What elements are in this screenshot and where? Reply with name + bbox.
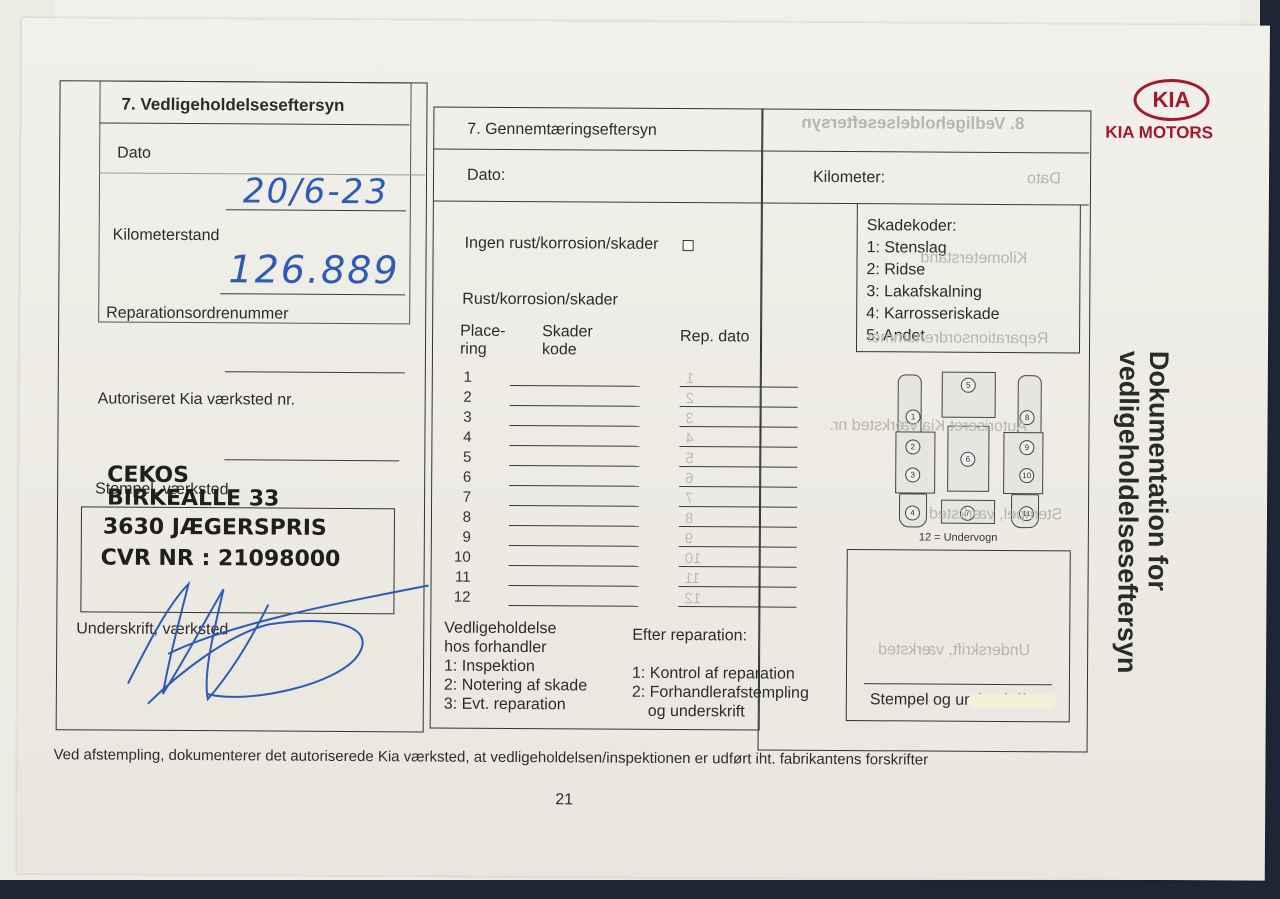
col-repair-date: Rep. dato [680,328,749,346]
stamp-line-city: 3630 JÆGERSPRIS [103,515,341,541]
row-number: 1 [444,369,472,386]
row-number-ghost: 12 [684,590,701,607]
note-title: Vedligeholdelse [444,619,587,639]
side-title-line1: Dokumentation for [1143,351,1174,591]
row-number-ghost: 10 [685,550,702,567]
signature-scribble [108,564,439,716]
row-number: 7 [443,489,471,506]
km-value[interactable]: 126.889 [228,247,399,292]
km-label: Kilometerstand [113,227,220,246]
diagram-part: 10 [1019,468,1034,483]
row-number-ghost: 1 [686,370,694,387]
diagram-caption: 12 = Undervogn [919,531,998,543]
diagram-part: 4 [905,505,920,520]
row-number: 9 [443,529,471,546]
row-number-ghost: 8 [685,510,693,527]
damage-codes-list: Skadekoder: 1: Stenslag 2: Ridse 3: Laka… [866,215,1000,348]
damage-label: Rust/korrosion/skader [462,291,618,310]
repair-order-label: Reparationsordrenummer [106,305,288,324]
row-number: 12 [442,589,470,606]
date-value[interactable]: 20/6-23 [243,171,389,212]
diagram-part: 3 [905,467,920,482]
row-number: 8 [443,509,471,526]
ghost-signature: Underskrift, værksted [878,641,1030,660]
side-title-line2: vedligeholdelseseftersyn [1112,351,1144,674]
note-item: 3: Evt. reparation [444,695,587,715]
row-number: 5 [443,449,471,466]
side-title: Dokumentation for vedligeholdelsesefters… [1111,351,1174,791]
corrosion-date-label: Dato: [467,167,505,185]
col-placement: Place- ring [460,323,506,359]
diagram-part: 9 [1019,440,1034,455]
date-label: Dato [117,145,151,163]
row-number-ghost: 2 [686,390,694,407]
ghost-auth: Autoriseret Kia værksted nr. [829,417,1027,436]
diagram-part: 6 [960,452,975,467]
document-page: 7. Vedligeholdelseseftersyn Dato 20/6-23… [17,18,1270,881]
row-number-ghost: 3 [686,410,694,427]
note-item: 2: Notering af skade [444,676,587,696]
row-number-ghost: 4 [685,430,693,447]
row-number: 3 [444,409,472,426]
corrosion-title: 7. Gennemtæringseftersyn [467,121,657,140]
note-subtitle: hos forhandler [444,638,587,658]
col-damage-code: Skader kode [542,323,593,359]
page-number: 21 [555,791,573,809]
correction-mark [968,694,1056,709]
workshop-stamp: CEKOS BIRKEALLE 33 3630 JÆGERSPRIS CVR N… [107,463,341,572]
ghost-repair: Reparationsordrenummer [866,329,1048,348]
row-number-ghost: 7 [685,490,693,507]
kia-logo: KIA [1133,79,1209,121]
row-number: 4 [443,429,471,446]
ghost-km: Kilometerstand [920,249,1027,268]
no-damage-label: Ingen rust/korrosion/skader [465,235,659,254]
damage-code: 4: Karrosseriskade [866,303,1000,326]
diagram-part: 5 [961,378,976,393]
diagram-part: 2 [905,439,920,454]
damage-codes-title: Skadekoder: [867,215,1001,238]
stamp-line-address: BIRKEALLE 33 [107,486,341,512]
row-number: 11 [443,569,471,586]
note-item: 1: Inspektion [444,657,587,677]
row-number-ghost: 5 [685,450,693,467]
row-number: 2 [444,389,472,406]
ghost-dato: Dato [1027,170,1061,188]
maintenance-title: 7. Vedligeholdelseseftersyn [121,95,344,116]
workshop-number-label: Autoriseret Kia værksted nr. [98,390,296,409]
no-damage-checkbox[interactable] [683,240,694,251]
row-number: 6 [443,469,471,486]
row-number-ghost: 9 [685,530,693,547]
ghost-title-8: 8. Vedligeholdelseseftersyn [801,113,1024,134]
row-number-ghost: 6 [685,470,693,487]
damage-code: 3: Lakafskalning [866,281,1000,304]
row-number-ghost: 11 [685,570,701,587]
kia-brand-name: KIA MOTORS [1105,123,1213,144]
kilometer-label: Kilometer: [813,169,885,187]
maintenance-note: Vedligeholdelse hos forhandler 1: Inspek… [444,619,588,715]
ghost-stamp: Stempel, værksted [929,506,1062,525]
row-number: 10 [443,549,471,566]
